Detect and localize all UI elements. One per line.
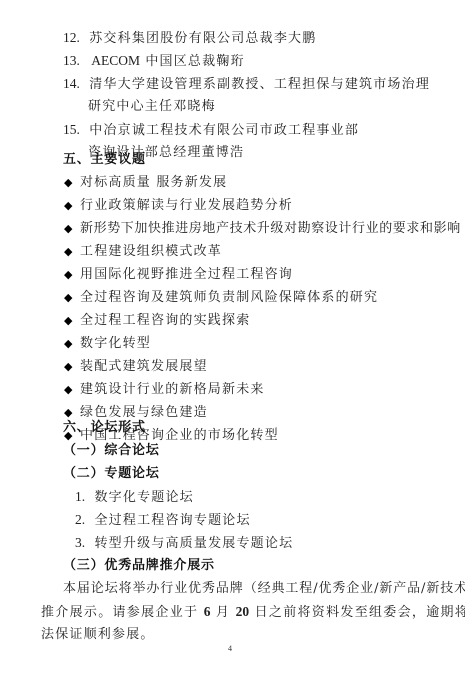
- paragraph-text: 日之前将资料发至组委会，逾期将无: [249, 605, 465, 620]
- forum-text: 转型升级与高质量发展专题论坛: [94, 536, 293, 551]
- speaker-number: 15.: [63, 122, 80, 138]
- diamond-bullet-icon: ◆: [64, 175, 80, 191]
- document-page: 12. 苏交科集团股份有限公司总裁李大鹏 13. AECOM 中国区总裁鞠珩 1…: [0, 0, 465, 674]
- diamond-bullet-icon: ◆: [64, 359, 80, 375]
- speaker-item-12: 12. 苏交科集团股份有限公司总裁李大鹏: [63, 30, 316, 47]
- subsection-2-heading: （二）专题论坛: [63, 466, 160, 482]
- topic-item: ◆用国际化视野推进全过程工程咨询: [64, 267, 293, 283]
- paragraph-line-3: 法保证顺利参展。: [41, 627, 155, 643]
- speaker-item-14: 14. 清华大学建设管理系副教授、工程担保与建筑市场治理: [63, 76, 430, 93]
- diamond-bullet-icon: ◆: [64, 382, 80, 398]
- paragraph-text: 推介展示。请参展企业于: [41, 605, 204, 620]
- diamond-bullet-icon: ◆: [64, 244, 80, 260]
- paragraph-line-1: 本届论坛将举办行业优秀品牌（经典工程/优秀企业/新产品/新技术）: [63, 581, 465, 597]
- topic-text: 建筑设计行业的新格局新未来: [80, 382, 265, 397]
- section-5-heading: 五、主要议题: [63, 152, 146, 168]
- topic-item: ◆装配式建筑发展展望: [64, 359, 208, 375]
- topic-item: ◆绿色发展与绿色建造: [64, 405, 208, 421]
- page-number: 4: [228, 644, 232, 653]
- topic-text: 装配式建筑发展展望: [80, 359, 208, 374]
- forum-number: 2.: [75, 512, 85, 528]
- topic-text: 用国际化视野推进全过程工程咨询: [80, 267, 293, 282]
- diamond-bullet-icon: ◆: [64, 198, 80, 214]
- forum-number: 1.: [75, 489, 85, 505]
- diamond-bullet-icon: ◆: [64, 313, 80, 329]
- speaker-text: 清华大学建设管理系副教授、工程担保与建筑市场治理: [89, 77, 430, 92]
- diamond-bullet-icon: ◆: [64, 290, 80, 306]
- forum-text: 数字化专题论坛: [94, 490, 193, 505]
- topic-item: ◆工程建设组织模式改革: [64, 244, 222, 260]
- topic-item: ◆全过程咨询及建筑师负责制风险保障体系的研究: [64, 290, 378, 306]
- speaker-text: 中国区总裁鞠珩: [140, 54, 245, 69]
- date-day: 20: [236, 604, 250, 619]
- speaker-text: 苏交科集团股份有限公司总裁李大鹏: [89, 31, 316, 46]
- speaker-number: 14.: [63, 76, 80, 92]
- topic-text: 数字化转型: [80, 336, 151, 351]
- speaker-number: 13.: [63, 53, 80, 69]
- forum-item: 2. 全过程工程咨询专题论坛: [75, 512, 251, 529]
- topic-text: 绿色发展与绿色建造: [80, 405, 208, 420]
- diamond-bullet-icon: ◆: [64, 267, 80, 283]
- topic-text: 工程建设组织模式改革: [80, 244, 222, 259]
- speaker-number: 12.: [63, 30, 80, 46]
- topic-item: ◆行业政策解读与行业发展趋势分析: [64, 198, 293, 214]
- speaker-text: 中冶京诚工程技术有限公司市政工程事业部: [89, 123, 359, 138]
- forum-item: 3. 转型升级与高质量发展专题论坛: [75, 535, 293, 552]
- paragraph-line-2: 推介展示。请参展企业于 6 月 20 日之前将资料发至组委会，逾期将无: [41, 604, 465, 621]
- diamond-bullet-icon: ◆: [64, 336, 80, 352]
- topic-item: ◆全过程工程咨询的实践探索: [64, 313, 250, 329]
- topic-item: ◆建筑设计行业的新格局新未来: [64, 382, 265, 398]
- forum-text: 全过程工程咨询专题论坛: [94, 513, 250, 528]
- speaker-company-latin: AECOM: [91, 53, 140, 68]
- topic-item: ◆对标高质量 服务新发展: [64, 175, 227, 191]
- topic-item: ◆新形势下加快推进房地产技术升级对勘察设计行业的要求和影响: [64, 221, 461, 237]
- topic-text: 行业政策解读与行业发展趋势分析: [80, 198, 293, 213]
- forum-number: 3.: [75, 535, 85, 551]
- topic-text: 新形势下加快推进房地产技术升级对勘察设计行业的要求和影响: [80, 221, 461, 236]
- section-6-heading: 六、论坛形式: [63, 420, 146, 436]
- topic-text: 对标高质量 服务新发展: [80, 175, 227, 190]
- topic-item: ◆数字化转型: [64, 336, 151, 352]
- topic-text: 全过程咨询及建筑师负责制风险保障体系的研究: [80, 290, 378, 305]
- paragraph-text: 月: [210, 605, 235, 620]
- subsection-3-heading: （三）优秀品牌推介展示: [63, 558, 215, 574]
- diamond-bullet-icon: ◆: [64, 221, 80, 237]
- speaker-item-15: 15. 中冶京诚工程技术有限公司市政工程事业部: [63, 122, 359, 139]
- subsection-1-heading: （一）综合论坛: [63, 443, 160, 459]
- forum-item: 1. 数字化专题论坛: [75, 489, 194, 506]
- diamond-bullet-icon: ◆: [64, 405, 80, 421]
- speaker-item-13: 13. AECOM 中国区总裁鞠珩: [63, 53, 245, 70]
- topic-text: 全过程工程咨询的实践探索: [80, 313, 250, 328]
- speaker-item-14-continued: 研究中心主任邓晓梅: [88, 99, 216, 115]
